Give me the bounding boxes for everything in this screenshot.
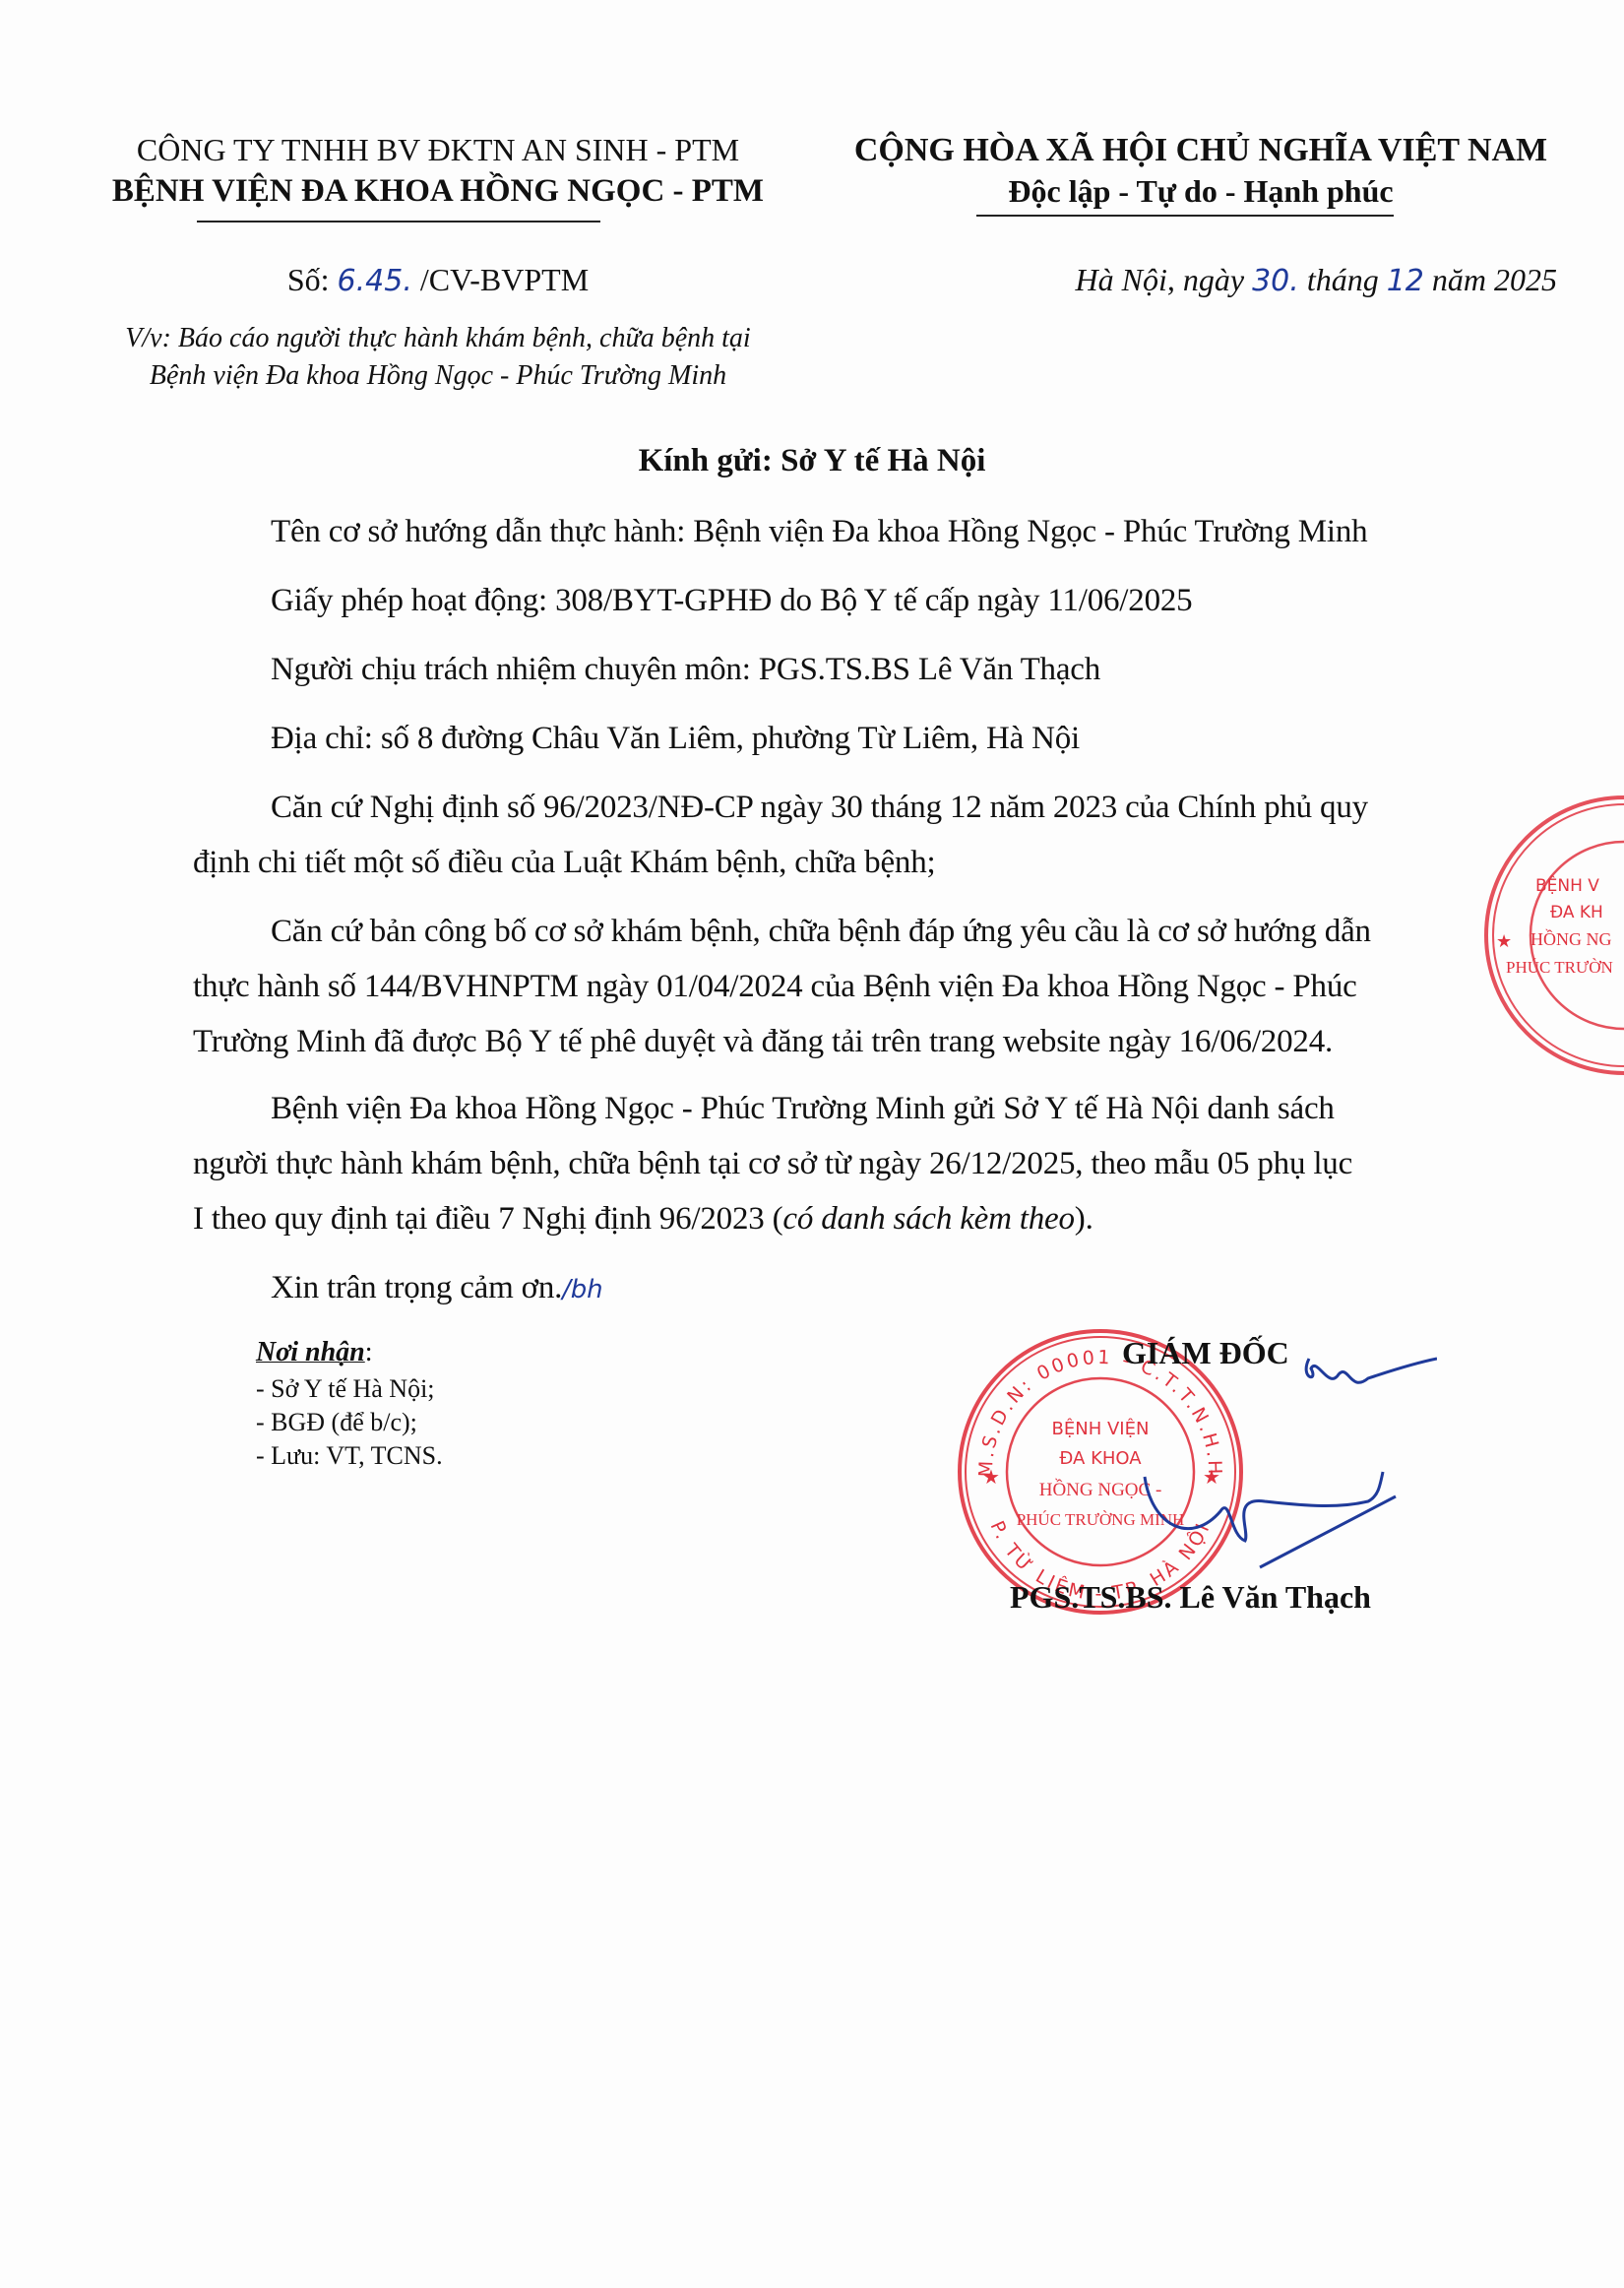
paragraph-2-line-2: thực hành số 144/BVHNPTM ngày 01/04/2024… <box>193 969 1357 1005</box>
handwritten-signature <box>1083 1339 1437 1575</box>
paragraph-2-line-3: Trường Minh đã được Bộ Y tế phê duyệt và… <box>193 1024 1333 1060</box>
info-license: Giấy phép hoạt động: 308/BYT-GPHĐ do Bộ … <box>271 583 1192 619</box>
date-day: 30. <box>1252 264 1299 298</box>
info-facility: Tên cơ sở hướng dẫn thực hành: Bệnh viện… <box>271 514 1367 550</box>
recipient-item-1: - Sở Y tế Hà Nội; <box>256 1374 435 1404</box>
recipient-item-3: - Lưu: VT, TCNS. <box>256 1441 443 1471</box>
info-address: Địa chỉ: số 8 đường Châu Văn Liêm, phườn… <box>271 721 1080 757</box>
date-year: năm 2025 <box>1424 262 1557 297</box>
paragraph-1-line-1: Căn cứ Nghị định số 96/2023/NĐ-CP ngày 3… <box>271 790 1368 826</box>
paragraph-2-line-1: Căn cứ bản công bố cơ sở khám bệnh, chữa… <box>271 914 1371 950</box>
svg-text:BỆNH V: BỆNH V <box>1535 874 1599 896</box>
number-handwritten: 6.45. <box>338 264 412 298</box>
date-line: Hà Nội, ngày 30. tháng 12 năm 2025 <box>1076 262 1557 298</box>
recipient-heading: Kính gửi: Sở Y tế Hà Nội <box>0 443 1624 479</box>
recipients-title: Nơi nhận: <box>256 1337 373 1368</box>
number-prefix: Số: <box>287 262 338 297</box>
closing-initial: /bh <box>562 1275 602 1304</box>
svg-text:★: ★ <box>982 1465 1000 1489</box>
paragraph-1-line-2: định chi tiết một số điều của Luật Khám … <box>193 845 936 881</box>
company-name: CÔNG TY TNHH BV ĐKTN AN SINH - PTM <box>79 132 797 168</box>
hospital-underline <box>197 221 600 222</box>
document-number: Số: 6.45. /CV-BVPTM <box>79 262 797 298</box>
subject-line-2: Bệnh viện Đa khoa Hồng Ngọc - Phúc Trườn… <box>79 360 797 392</box>
paragraph-3-line-1: Bệnh viện Đa khoa Hồng Ngọc - Phúc Trườn… <box>271 1091 1335 1127</box>
recipient-item-2: - BGĐ (để b/c); <box>256 1408 417 1437</box>
hospital-name: BỆNH VIỆN ĐA KHOA HỒNG NGỌC - PTM <box>79 173 797 210</box>
closing-line: Xin trân trọng cảm ơn./bh <box>271 1270 602 1306</box>
paragraph-3-line-2: người thực hành khám bệnh, chữa bệnh tại… <box>193 1146 1352 1182</box>
svg-text:★: ★ <box>1496 931 1512 952</box>
subject-line-1: V/v: Báo cáo người thực hành khám bệnh, … <box>79 323 797 354</box>
svg-text:HỒNG NG: HỒNG NG <box>1530 928 1612 949</box>
closing-text: Xin trân trọng cảm ơn. <box>271 1270 562 1305</box>
date-place: Hà Nội, ngày <box>1076 262 1253 297</box>
svg-text:ĐA KH: ĐA KH <box>1550 903 1603 922</box>
paragraph-3-line-3-text: I theo quy định tại điều 7 Nghị định 96/… <box>193 1201 782 1237</box>
motto-underline <box>976 215 1394 217</box>
number-suffix: /CV-BVPTM <box>412 262 589 297</box>
recipients-title-colon: : <box>365 1337 373 1367</box>
paragraph-3-line-3-end: ). <box>1075 1201 1093 1237</box>
nation-title: CỘNG HÒA XÃ HỘI CHỦ NGHĨA VIỆT NAM <box>807 132 1594 169</box>
svg-text:PHÚC TRƯỜN: PHÚC TRƯỜN <box>1506 958 1613 977</box>
side-stamp: BỆNH V ĐA KH HỒNG NG PHÚC TRƯỜN ★ <box>1467 788 1624 1083</box>
date-month-label: tháng <box>1299 262 1387 297</box>
nation-motto: Độc lập - Tự do - Hạnh phúc <box>807 173 1594 210</box>
attachment-note: có danh sách kèm theo <box>782 1201 1074 1237</box>
paragraph-3-line-3: I theo quy định tại điều 7 Nghị định 96/… <box>193 1201 1093 1238</box>
date-month: 12 <box>1387 264 1424 298</box>
info-responsible-person: Người chịu trách nhiệm chuyên môn: PGS.T… <box>271 652 1100 688</box>
recipients-title-text: Nơi nhận <box>256 1337 365 1367</box>
signatory-name: PGS.TS.BS. Lê Văn Thạch <box>1010 1579 1371 1616</box>
